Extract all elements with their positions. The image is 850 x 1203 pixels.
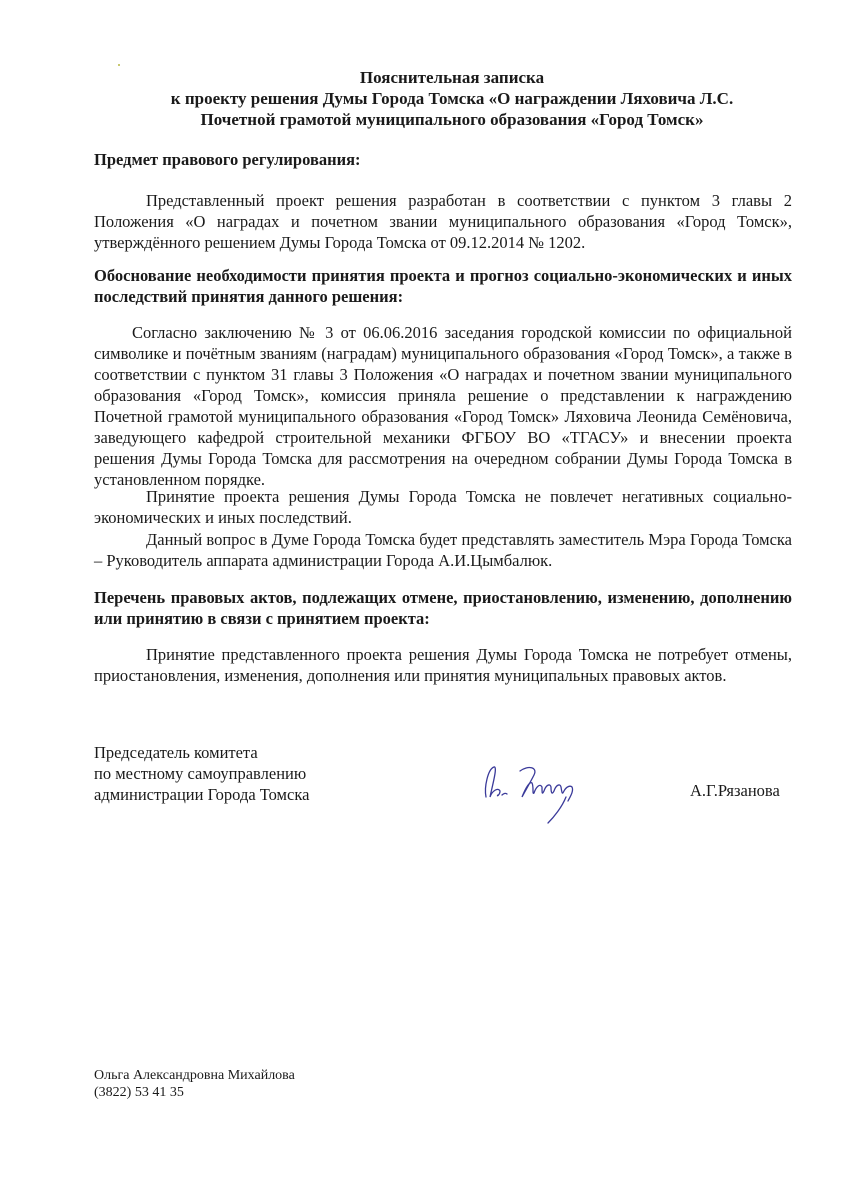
signatory-position: Председатель комитета по местному самоуп… (94, 742, 309, 805)
signatory-name: А.Г.Рязанова (690, 781, 780, 801)
paragraph-consequences: Принятие проекта решения Думы Города Том… (94, 486, 792, 528)
title-line: Пояснительная записка (92, 67, 812, 88)
position-line: по местному самоуправлению (94, 763, 309, 784)
contact-info: Ольга Александровна Михайлова (3822) 53 … (94, 1067, 295, 1101)
section-heading-legal-acts: Перечень правовых актов, подлежащих отме… (94, 587, 792, 629)
handwritten-signature-icon (478, 757, 608, 827)
paragraph-legal-acts: Принятие представленного проекта решения… (94, 644, 792, 686)
document-title: Пояснительная записка к проекту решения … (92, 67, 812, 130)
paragraph-text: Данный вопрос в Думе Города Томска будет… (94, 530, 792, 570)
paragraph-presenter: Данный вопрос в Думе Города Томска будет… (94, 529, 792, 571)
paragraph-conclusion: Согласно заключению № 3 от 06.06.2016 за… (94, 322, 792, 490)
position-line: Председатель комитета (94, 742, 309, 763)
scan-speck (118, 64, 120, 66)
title-line: к проекту решения Думы Города Томска «О … (92, 88, 812, 109)
section-heading-subject: Предмет правового регулирования: (94, 149, 792, 170)
title-line: Почетной грамотой муниципального образов… (92, 109, 812, 130)
contact-phone: (3822) 53 41 35 (94, 1084, 295, 1101)
paragraph-text: Согласно заключению № 3 от 06.06.2016 за… (94, 323, 792, 489)
section-heading-justification: Обоснование необходимости принятия проек… (94, 265, 792, 307)
position-line: администрации Города Томска (94, 784, 309, 805)
contact-name: Ольга Александровна Михайлова (94, 1067, 295, 1084)
paragraph-subject: Представленный проект решения разработан… (94, 190, 792, 253)
paragraph-text: Принятие представленного проекта решения… (94, 645, 792, 685)
paragraph-text: Принятие проекта решения Думы Города Том… (94, 487, 792, 527)
document-page: Пояснительная записка к проекту решения … (0, 0, 850, 1203)
paragraph-text: Представленный проект решения разработан… (94, 191, 792, 252)
